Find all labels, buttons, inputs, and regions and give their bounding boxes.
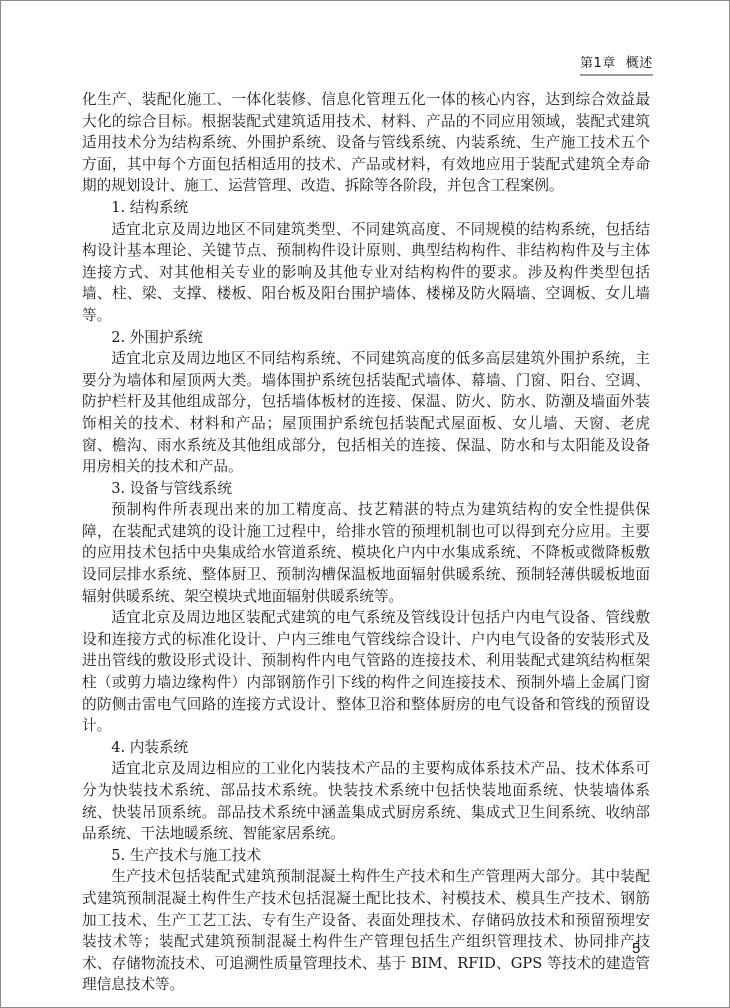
paragraph-continuation: 化生产、装配化施工、一体化装修、信息化管理五化一体的核心内容，达到综合效益最大化…: [82, 89, 650, 197]
paragraph-production-construction: 生产技术包括装配式建筑预制混凝土构件生产技术和生产管理两大部分。其中装配式建筑预…: [82, 866, 650, 996]
section-heading-interior-system: 4. 内装系统: [82, 737, 650, 759]
section-heading-production-construction: 5. 生产技术与施工技术: [82, 845, 650, 867]
section-heading-structural-system: 1. 结构系统: [82, 197, 650, 219]
page-number: 5: [632, 940, 640, 957]
section-heading-envelope-system: 2. 外围护系统: [82, 327, 650, 349]
chapter-number: 第1章: [580, 56, 616, 71]
chapter-title: 概述: [626, 56, 653, 71]
paragraph-plumbing: 预制构件所表现出来的加工精度高、技艺精湛的特点为建筑结构的安全性提供保障，在装配…: [82, 499, 650, 607]
paragraph-envelope-system: 适宜北京及周边地区不同结构系统、不同建筑高度的低多高层建筑外围护系统，主要分为墙…: [82, 348, 650, 478]
paragraph-electrical: 适宜北京及周边地区装配式建筑的电气系统及管线设计包括户内电气设备、管线敷设和连接…: [82, 607, 650, 737]
body-text: 化生产、装配化施工、一体化装修、信息化管理五化一体的核心内容，达到综合效益最大化…: [82, 89, 650, 996]
paragraph-structural-system: 适宜北京及周边地区不同建筑类型、不同建筑高度、不同规模的结构系统，包括结构设计基…: [82, 219, 650, 327]
section-heading-equipment-pipeline-system: 3. 设备与管线系统: [82, 478, 650, 500]
paragraph-interior-system: 适宜北京及周边相应的工业化内装技术产品的主要构成体系技术产品、技术体系可分为快装…: [82, 758, 650, 844]
running-header: 第1章概述: [580, 52, 653, 76]
